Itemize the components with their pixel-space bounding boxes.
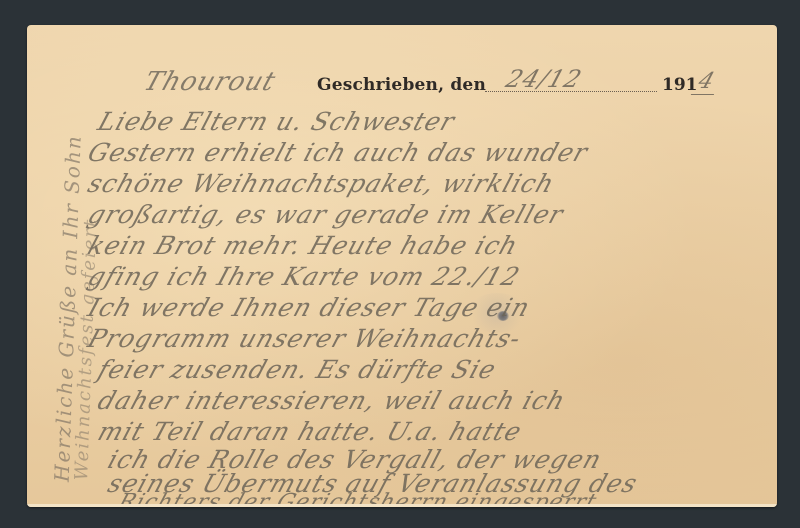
scan-background: Thourout Geschrieben, den 24/12 191 4 Li… — [0, 0, 800, 528]
year-handwritten: 4 — [691, 69, 722, 95]
body-line: Programm unserer Weihnachts- — [84, 324, 525, 353]
postcard: Thourout Geschrieben, den 24/12 191 4 Li… — [27, 25, 777, 507]
printed-label: Geschrieben, den — [317, 75, 486, 95]
body-line: Richters der Gerichtsherrn eingesperrt — [115, 490, 600, 507]
body-line: Gestern erhielt ich auch das wunder — [84, 138, 592, 167]
body-line: feier zusenden. Es dürfte Sie — [94, 355, 500, 384]
body-line: schöne Weihnachtspaket, wirklich — [84, 169, 558, 198]
date-handwritten: 24/12 — [502, 65, 585, 93]
place-handwritten: Thourout — [140, 67, 280, 97]
body-line: daher interessieren, weil auch ich — [94, 386, 569, 415]
body-line: großartig, es war gerade im Keller — [84, 200, 567, 229]
body-line: gfing ich Ihre Karte vom 22./12 — [84, 262, 524, 291]
body-line: kein Brot mehr. Heute habe ich — [84, 231, 522, 260]
body-line: Ich werde Ihnen dieser Tage ein — [84, 293, 534, 322]
body-line: Liebe Eltern u. Schwester — [94, 107, 459, 136]
body-line: mit Teil daran hatte. U.a. hatte — [94, 417, 526, 446]
